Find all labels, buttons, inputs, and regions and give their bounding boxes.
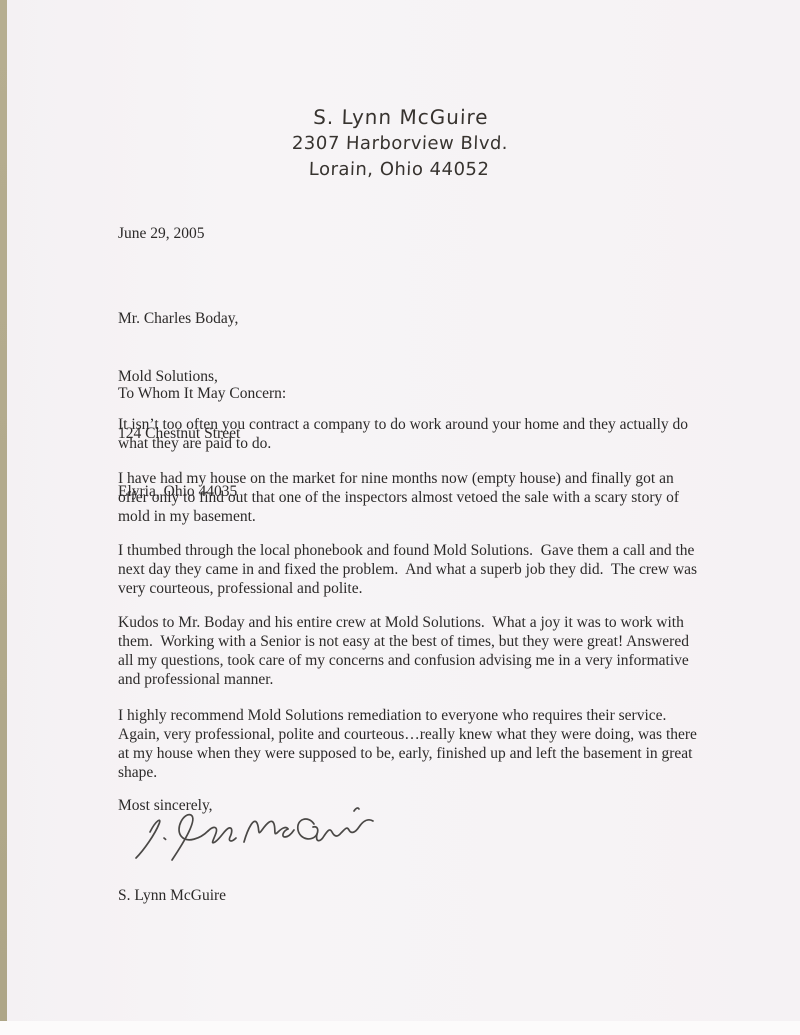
letterhead-city: Lorain, Ohio 44052 xyxy=(0,157,800,183)
salutation: To Whom It May Concern: xyxy=(118,384,286,403)
paragraph-5: I highly recommend Mold Solutions remedi… xyxy=(118,706,702,782)
typed-signature-name: S. Lynn McGuire xyxy=(118,886,226,905)
date-line: June 29, 2005 xyxy=(118,224,205,243)
paragraph-4: Kudos to Mr. Boday and his entire crew a… xyxy=(118,613,702,689)
paragraph-1: It isn’t too often you contract a compan… xyxy=(118,415,702,453)
recipient-name: Mr. Charles Boday, xyxy=(118,309,240,329)
scan-bottom-strip xyxy=(0,1021,800,1035)
letterhead-street: 2307 Harborview Blvd. xyxy=(0,131,800,157)
scanned-letter-page: S. Lynn McGuire 2307 Harborview Blvd. Lo… xyxy=(0,0,800,1035)
letterhead: S. Lynn McGuire 2307 Harborview Blvd. Lo… xyxy=(0,104,800,183)
paragraph-3: I thumbed through the local phonebook an… xyxy=(118,541,702,598)
signature-image xyxy=(126,802,388,868)
paragraph-2: I have had my house on the market for ni… xyxy=(118,469,702,526)
letterhead-name: S. Lynn McGuire xyxy=(0,104,800,131)
